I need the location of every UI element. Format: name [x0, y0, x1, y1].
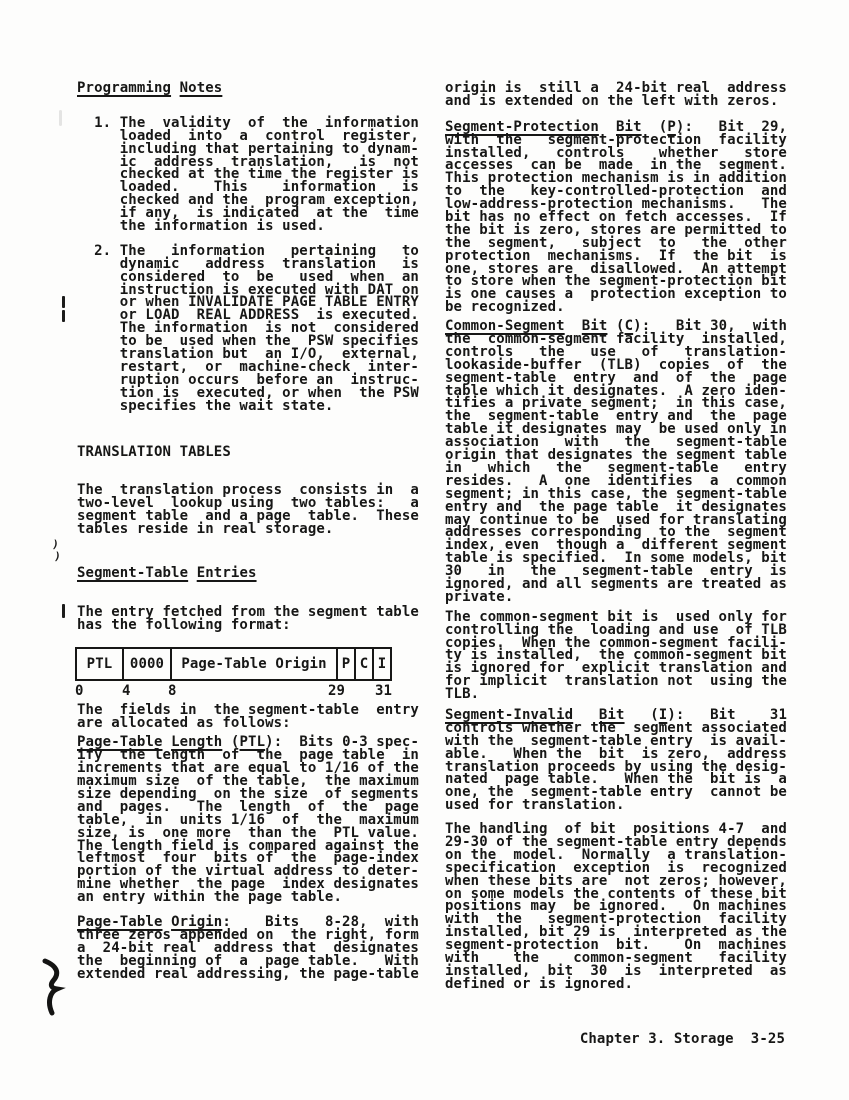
text-line: Programming Notes — [77, 82, 425, 95]
section-title: TRANSLATION TABLES — [77, 446, 425, 459]
figure-cell: PTL — [77, 649, 124, 679]
scan-smudge — [59, 110, 62, 126]
text-line: specifies the wait state. — [77, 400, 425, 413]
figure-cell: Page-Table Origin — [172, 649, 338, 679]
text-line: private. — [445, 591, 793, 604]
change-bar — [62, 604, 65, 618]
underlined-term: Entries — [197, 565, 257, 581]
underlined-term: Notes — [180, 80, 223, 96]
text-line: Segment-Table Entries — [77, 567, 425, 580]
figure-cell: I — [374, 649, 390, 679]
section-heading: Programming Notes — [77, 82, 425, 95]
list-item: 2. The information pertaining to dynamic… — [77, 245, 425, 413]
bit-tick: 4 — [122, 683, 131, 699]
underlined-term: Segment-Table — [77, 565, 188, 581]
text-line: are allocated as follows: — [77, 717, 425, 730]
figure-cell-label: Page-Table Origin — [181, 656, 326, 672]
paragraph: Page-Table Length (PTL): Bits 0-3 spec-i… — [77, 736, 425, 904]
paragraph: The common-segment bit is used only forc… — [445, 611, 793, 701]
text-line: tables reside in real storage. — [77, 523, 425, 536]
text-line: for implicit translation not using the — [445, 675, 793, 688]
figure-cell: C — [356, 649, 374, 679]
paragraph: The handling of bit positions 4-7 and29-… — [445, 823, 793, 991]
text-line: TRANSLATION TABLES — [77, 446, 425, 459]
section-heading: Segment-Table Entries — [77, 567, 425, 580]
right-column: origin is still a 24-bit real addressand… — [445, 82, 793, 991]
figure-segment-table-entry: PTL0000Page-Table OriginPCI0482931 — [77, 647, 425, 695]
paragraph: origin is still a 24-bit real addressand… — [445, 82, 793, 108]
paragraph: The translation process consists in atwo… — [77, 484, 425, 536]
paragraph: Page-Table Origin: Bits 8-28, withthree … — [77, 916, 425, 980]
text-line: an entry within the page table. — [77, 891, 425, 904]
bit-tick: 29 — [328, 683, 345, 699]
paragraph: The fields in the segment-table entryare… — [77, 704, 425, 730]
ink-brace-mark — [40, 958, 66, 1020]
figure-box: PTL0000Page-Table OriginPCI — [75, 647, 392, 681]
figure-cell-label: PTL — [87, 656, 113, 672]
paragraph: Common-Segment Bit (C): Bit 30, withthe … — [445, 320, 793, 604]
paragraph: Segment-Invalid Bit (I): Bit 31controls … — [445, 709, 793, 812]
manual-page: Programming Notes 1. The validity of the… — [0, 0, 849, 1100]
figure-cell: P — [338, 649, 356, 679]
figure-cell-label: C — [360, 656, 369, 672]
bit-tick: 31 — [375, 683, 392, 699]
list-item: 1. The validity of the information loade… — [77, 117, 425, 233]
text-line: be recognized. — [445, 301, 793, 314]
margin-hook-mark: ) — [53, 552, 61, 563]
figure-bit-ticks: 0482931 — [75, 683, 397, 696]
bit-tick: 8 — [168, 683, 177, 699]
figure-cell: 0000 — [124, 649, 172, 679]
text-line: used for translation. — [445, 799, 793, 812]
text-line: has the following format: — [77, 619, 425, 632]
figure-cell-label: 0000 — [130, 656, 164, 672]
page-footer: Chapter 3. Storage 3-25 — [445, 1031, 785, 1047]
change-bar — [62, 296, 65, 308]
left-column: Programming Notes 1. The validity of the… — [77, 82, 425, 980]
figure-cell-label: P — [342, 656, 351, 672]
footer-text: Chapter 3. Storage 3-25 — [580, 1031, 785, 1047]
underlined-term: Programming — [77, 80, 171, 96]
text-line: and is extended on the left with zeros. — [445, 95, 793, 108]
text-line: defined or is ignored. — [445, 978, 793, 991]
bit-tick: 0 — [75, 683, 84, 699]
figure-cell-label: I — [378, 656, 387, 672]
text-line: extended real addressing, the page-table — [77, 968, 425, 981]
paragraph: The entry fetched from the segment table… — [77, 606, 425, 632]
paragraph: Segment-Protection Bit (P): Bit 29,with … — [445, 121, 793, 314]
text-line: the information is used. — [77, 220, 425, 233]
text-line: TLB. — [445, 688, 793, 701]
change-bar — [62, 310, 65, 322]
